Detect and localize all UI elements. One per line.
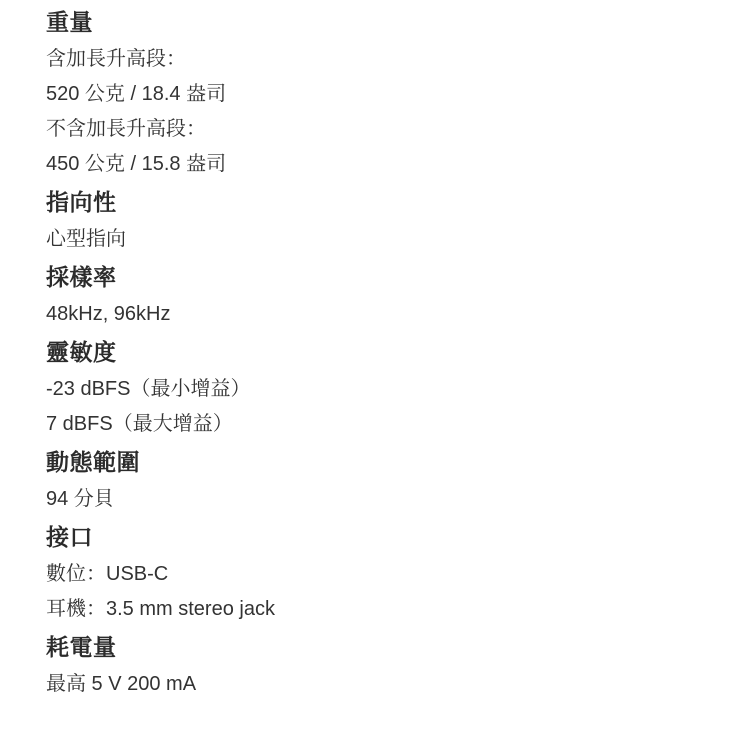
spec-value-sensitivity-min-gain: -23 dBFS（最小增益） — [46, 372, 710, 407]
spec-value-weight-with-riser: 520 公克 / 18.4 盎司 — [46, 77, 710, 112]
spec-heading-sample-rate: 採樣率 — [46, 257, 710, 297]
spec-section-sample-rate: 採樣率 48kHz, 96kHz — [46, 257, 710, 332]
spec-value-power-consumption: 最高 5 V 200 mA — [46, 667, 710, 702]
spec-value-interface-headphone: 耳機：3.5 mm stereo jack — [46, 592, 710, 627]
spec-section-interface: 接口 數位：USB-C 耳機：3.5 mm stereo jack — [46, 517, 710, 627]
spec-heading-interface: 接口 — [46, 517, 710, 557]
spec-heading-dynamic-range: 動態範圍 — [46, 442, 710, 482]
spec-heading-power-consumption: 耗電量 — [46, 627, 710, 667]
spec-value-interface-digital: 數位：USB-C — [46, 557, 710, 592]
spec-value-weight-without-riser-label: 不含加長升高段： — [46, 112, 710, 147]
spec-value-dynamic-range: 94 分貝 — [46, 482, 710, 517]
spec-value-weight-without-riser: 450 公克 / 15.8 盎司 — [46, 147, 710, 182]
spec-sheet: 重量 含加長升高段： 520 公克 / 18.4 盎司 不含加長升高段： 450… — [0, 0, 750, 702]
spec-section-weight: 重量 含加長升高段： 520 公克 / 18.4 盎司 不含加長升高段： 450… — [46, 2, 710, 182]
spec-value-weight-with-riser-label: 含加長升高段： — [46, 42, 710, 77]
spec-value-sensitivity-max-gain: 7 dBFS（最大增益） — [46, 407, 710, 442]
spec-heading-weight: 重量 — [46, 2, 710, 42]
spec-heading-polar-pattern: 指向性 — [46, 182, 710, 222]
spec-heading-sensitivity: 靈敏度 — [46, 332, 710, 372]
spec-value-polar-pattern: 心型指向 — [46, 222, 710, 257]
spec-section-dynamic-range: 動態範圍 94 分貝 — [46, 442, 710, 517]
spec-section-power-consumption: 耗電量 最高 5 V 200 mA — [46, 627, 710, 702]
spec-section-sensitivity: 靈敏度 -23 dBFS（最小增益） 7 dBFS（最大增益） — [46, 332, 710, 442]
spec-value-sample-rate: 48kHz, 96kHz — [46, 297, 710, 332]
spec-section-polar-pattern: 指向性 心型指向 — [46, 182, 710, 257]
